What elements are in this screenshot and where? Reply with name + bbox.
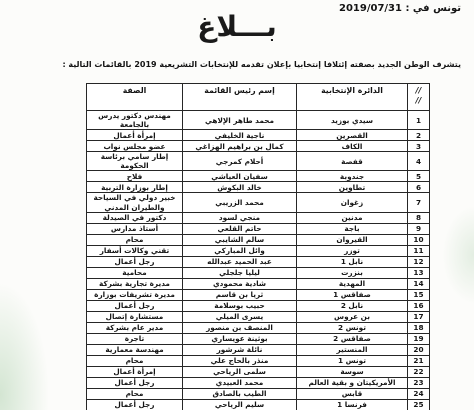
table-row: 21تونس 1منذر بالحاج عليمحام <box>87 355 430 366</box>
cell-list-head: منذر بالحاج علي <box>183 355 297 366</box>
page-title: بـــلاغ <box>10 10 464 43</box>
table-row: 12نابل 1عبد الحميد عبداللهرجل أعمال <box>87 256 430 267</box>
cell-number: 10 <box>408 234 430 245</box>
cell-list-head: منجي لسود <box>183 212 297 223</box>
cell-list-head: الطيب بالصادق <box>183 388 297 399</box>
announcement-document: تونس في : 2019/07/31 بـــلاغ يتشرف الوطن… <box>0 0 474 410</box>
cell-number: 23 <box>408 377 430 388</box>
table-row: 9باجةحاتم القلعيأستاذ مدارس <box>87 223 430 234</box>
cell-list-head: محمد العبيدي <box>183 377 297 388</box>
cell-district: صفاقس 2 <box>297 333 408 344</box>
cell-district: سوسة <box>297 366 408 377</box>
cell-list-head: نائلة شرشور <box>183 344 297 355</box>
cell-list-head: ثريا بن قاسم <box>183 289 297 300</box>
cell-district: باجة <box>297 223 408 234</box>
cell-number: 15 <box>408 289 430 300</box>
cell-capacity: إطار بوزارة التربية <box>87 182 183 193</box>
cell-list-head: سفيان العياشي <box>183 171 297 182</box>
cell-district: المهدية <box>297 278 408 289</box>
cell-capacity: فلاح <box>87 171 183 182</box>
cell-capacity: رجل أعمال <box>87 377 183 388</box>
cell-number: 21 <box>408 355 430 366</box>
cell-district: تونس 2 <box>297 322 408 333</box>
cell-district: جندوبة <box>297 171 408 182</box>
table-row: 3الكافكمال بن براهيم الهزاغيعضو مجلس نوا… <box>87 141 430 152</box>
cell-capacity: مدير عام بشركة <box>87 322 183 333</box>
cell-list-head: يسرى الميلي <box>183 311 297 322</box>
cell-number: 12 <box>408 256 430 267</box>
col-header-number: // // <box>408 84 430 111</box>
table-row: 17بن عروسيسرى الميليمستشارة إتصال <box>87 311 430 322</box>
col-header-capacity: الصفة <box>87 84 183 111</box>
cell-capacity: تاجرة <box>87 333 183 344</box>
cell-list-head: محمد الزريبي <box>183 193 297 212</box>
cell-capacity: عضو مجلس نواب <box>87 141 183 152</box>
table-row: 25فرنسا 1سليم الرياحيرجل أعمال <box>87 399 430 410</box>
cell-number: 17 <box>408 311 430 322</box>
cell-capacity: إمرأة أعمال <box>87 366 183 377</box>
cell-district: نابل 1 <box>297 256 408 267</box>
cell-number: 9 <box>408 223 430 234</box>
candidates-table: // // الدائرة الإنتخابية إسم رئيس القائم… <box>86 83 430 410</box>
cell-capacity: مهندسة معمارية <box>87 344 183 355</box>
cell-district: زغوان <box>297 193 408 212</box>
cell-list-head: ليليا جلجلي <box>183 267 297 278</box>
cell-number: 8 <box>408 212 430 223</box>
cell-capacity: محام <box>87 388 183 399</box>
table-row: 24قابسالطيب بالصادقمحام <box>87 388 430 399</box>
table-row: 20المنستيرنائلة شرشورمهندسة معمارية <box>87 344 430 355</box>
cell-capacity: إمرأة أعمال <box>87 130 183 141</box>
cell-district: سيدي بوزيد <box>297 111 408 130</box>
table-row: 5جندوبةسفيان العياشيفلاح <box>87 171 430 182</box>
table-row: 6تطاوينخالد البكوشإطار بوزارة التربية <box>87 182 430 193</box>
cell-list-head: وائل المباركي <box>183 245 297 256</box>
cell-list-head: حاتم القلعي <box>183 223 297 234</box>
cell-list-head: المنصف بن منصور <box>183 322 297 333</box>
cell-district: قفصة <box>297 152 408 171</box>
table-row: 7زغوانمحمد الزريبيخبير دولي في السياحة و… <box>87 193 430 212</box>
cell-capacity: مستشارة إتصال <box>87 311 183 322</box>
cell-district: القيروان <box>297 234 408 245</box>
cell-district: قابس <box>297 388 408 399</box>
cell-list-head: كمال بن براهيم الهزاغي <box>183 141 297 152</box>
cell-district: نابل 2 <box>297 300 408 311</box>
table-row: 18تونس 2المنصف بن منصورمدير عام بشركة <box>87 322 430 333</box>
cell-capacity: رجل أعمال <box>87 399 183 410</box>
cell-list-head: أحلام كمرجي <box>183 152 297 171</box>
table-row: 23الأمريكيتان و بقية العالممحمد العبيدير… <box>87 377 430 388</box>
cell-number: 18 <box>408 322 430 333</box>
table-row: 10القيروانسالم الشايبيمحام <box>87 234 430 245</box>
cell-list-head: سليم الرياحي <box>183 399 297 410</box>
col-header-list-head: إسم رئيس القائمة <box>183 84 297 111</box>
cell-number: 1 <box>408 111 430 130</box>
table-header-row: // // الدائرة الإنتخابية إسم رئيس القائم… <box>87 84 430 111</box>
table-row: 13بنزرتليليا جلجليمحامية <box>87 267 430 278</box>
number-mark: // <box>410 86 427 96</box>
cell-district: مدنين <box>297 212 408 223</box>
cell-list-head: بوثينة عويساري <box>183 333 297 344</box>
cell-capacity: مديرة تشريفات بوزارة <box>87 289 183 300</box>
cell-number: 11 <box>408 245 430 256</box>
table-row: 2القصرينناجية الخليفيإمرأة أعمال <box>87 130 430 141</box>
cell-number: 19 <box>408 333 430 344</box>
cell-number: 13 <box>408 267 430 278</box>
table-row: 11توزروائل المباركيتقني وكالات أسفار <box>87 245 430 256</box>
cell-number: 7 <box>408 193 430 212</box>
col-header-district: الدائرة الإنتخابية <box>297 84 408 111</box>
intro-text: يتشرف الوطن الجديد بصفته إئتلافا إنتخابي… <box>8 60 461 69</box>
cell-number: 20 <box>408 344 430 355</box>
cell-number: 2 <box>408 130 430 141</box>
cell-capacity: مهندس دكتور يدرس بالجامعة <box>87 111 183 130</box>
cell-list-head: شادية محمودي <box>183 278 297 289</box>
cell-capacity: رجل أعمال <box>87 256 183 267</box>
table-row: 22سوسةسلمى الرياحيإمرأة أعمال <box>87 366 430 377</box>
cell-capacity: خبير دولي في السياحة والطيران المدني <box>87 193 183 212</box>
cell-list-head: حبيب بوسلامة <box>183 300 297 311</box>
table-row: 1سيدي بوزيدمحمد طاهر الإلاهيمهندس دكتور … <box>87 111 430 130</box>
cell-list-head: عبد الحميد عبدالله <box>183 256 297 267</box>
cell-list-head: سلمى الرياحي <box>183 366 297 377</box>
cell-district: القصرين <box>297 130 408 141</box>
cell-capacity: دكتور في الصيدلة <box>87 212 183 223</box>
cell-number: 5 <box>408 171 430 182</box>
cell-capacity: تقني وكالات أسفار <box>87 245 183 256</box>
table-row: 4قفصةأحلام كمرجيإطار سامي برئاسة الحكومة <box>87 152 430 171</box>
cell-district: صفاقس 1 <box>297 289 408 300</box>
cell-number: 25 <box>408 399 430 410</box>
cell-capacity: مديرة تجارية بشركة <box>87 278 183 289</box>
cell-district: الكاف <box>297 141 408 152</box>
cell-list-head: ناجية الخليفي <box>183 130 297 141</box>
cell-capacity: إطار سامي برئاسة الحكومة <box>87 152 183 171</box>
cell-district: فرنسا 1 <box>297 399 408 410</box>
cell-capacity: محام <box>87 355 183 366</box>
cell-number: 3 <box>408 141 430 152</box>
cell-list-head: محمد طاهر الإلاهي <box>183 111 297 130</box>
table-row: 8مدنينمنجي لسوددكتور في الصيدلة <box>87 212 430 223</box>
cell-capacity: أستاذ مدارس <box>87 223 183 234</box>
table-row: 14المهديةشادية محموديمديرة تجارية بشركة <box>87 278 430 289</box>
cell-capacity: محامية <box>87 267 183 278</box>
table-row: 19صفاقس 2بوثينة عويساريتاجرة <box>87 333 430 344</box>
cell-number: 14 <box>408 278 430 289</box>
table-row: 15صفاقس 1ثريا بن قاسممديرة تشريفات بوزار… <box>87 289 430 300</box>
cell-number: 4 <box>408 152 430 171</box>
table-row: 16نابل 2حبيب بوسلامةرجل أعمال <box>87 300 430 311</box>
number-mark: // <box>410 96 427 106</box>
cell-capacity: محام <box>87 234 183 245</box>
cell-district: بنزرت <box>297 267 408 278</box>
cell-district: بن عروس <box>297 311 408 322</box>
cell-number: 22 <box>408 366 430 377</box>
cell-district: تونس 1 <box>297 355 408 366</box>
table-body: 1سيدي بوزيدمحمد طاهر الإلاهيمهندس دكتور … <box>87 111 430 410</box>
cell-list-head: خالد البكوش <box>183 182 297 193</box>
cell-number: 24 <box>408 388 430 399</box>
cell-list-head: سالم الشايبي <box>183 234 297 245</box>
cell-district: المنستير <box>297 344 408 355</box>
cell-capacity: رجل أعمال <box>87 300 183 311</box>
cell-number: 16 <box>408 300 430 311</box>
cell-district: الأمريكيتان و بقية العالم <box>297 377 408 388</box>
cell-district: توزر <box>297 245 408 256</box>
cell-number: 6 <box>408 182 430 193</box>
cell-district: تطاوين <box>297 182 408 193</box>
